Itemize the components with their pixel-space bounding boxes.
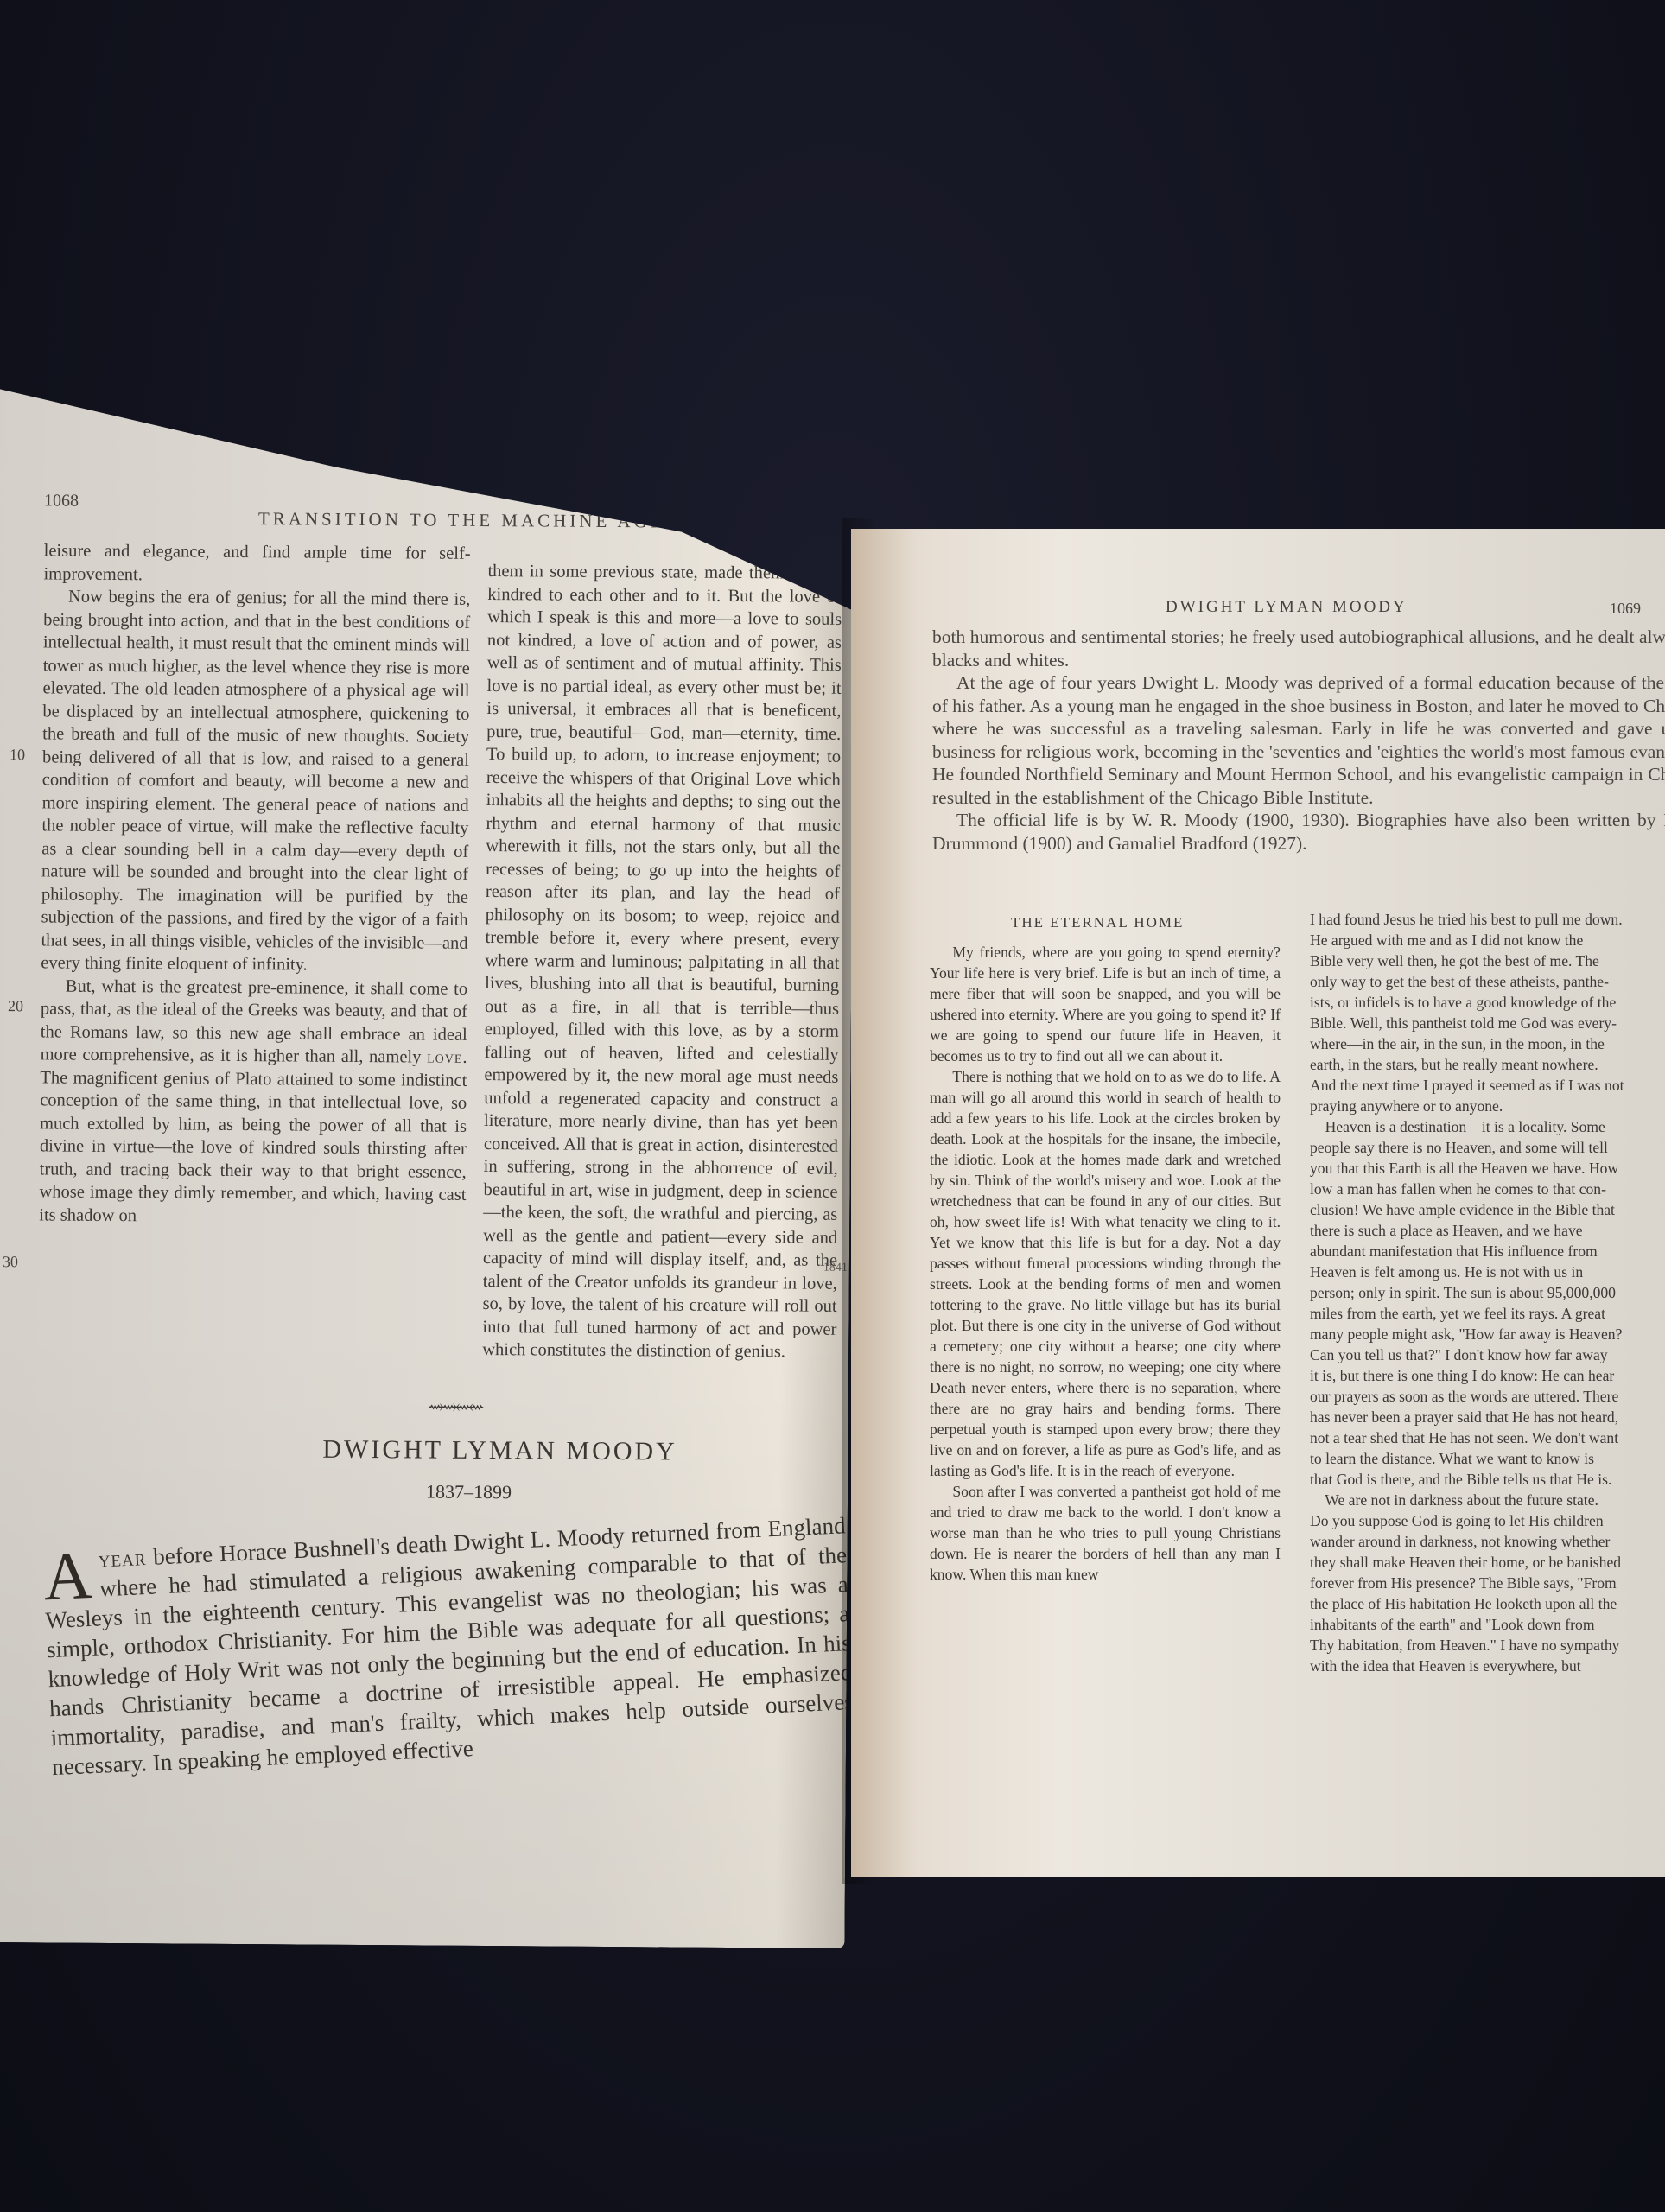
paragraph: The official life is by W. R. Moody (190… <box>932 809 1665 855</box>
small-caps-year: year <box>98 1544 147 1572</box>
text-line: Bible. Well, this pantheist told me God … <box>1310 1013 1665 1033</box>
biography: both humorous and sentimental stories; h… <box>932 626 1665 855</box>
text-line: it is, but there is one thing I do know:… <box>1310 1365 1665 1386</box>
text-line: clusion! We have ample evidence in the B… <box>1310 1199 1665 1220</box>
text-line: Thy habitation, from Heaven." I have no … <box>1310 1635 1665 1656</box>
text-line: person; only in spirit. The sun is about… <box>1310 1282 1665 1303</box>
text-line: the place of His habitation He looketh u… <box>1310 1593 1665 1614</box>
text-line: Bible very well then, he got the best of… <box>1310 950 1665 971</box>
text-line: where—in the air, in the sun, in the moo… <box>1310 1033 1665 1054</box>
text-line: Can you tell us that?" I don't know how … <box>1310 1344 1665 1365</box>
line-number-10: 10 <box>10 746 25 764</box>
drop-cap: A <box>42 1548 93 1604</box>
paragraph: leisure and elegance, and find ample tim… <box>43 539 470 588</box>
text-line: only way to get the best of these atheis… <box>1310 971 1665 992</box>
paragraph: them in some previous state, made them f… <box>482 560 842 1363</box>
small-caps-love: love <box>427 1048 462 1067</box>
paragraph: both humorous and sentimental stories; h… <box>932 626 1665 671</box>
paragraph: Soon after I was converted a pantheist g… <box>930 1481 1281 1585</box>
left-column-1: leisure and elegance, and find ample tim… <box>39 539 471 1229</box>
ornament-divider-icon: ⇝⇝⇜⇜ <box>429 1396 482 1419</box>
text-line: many people might ask, "How far away is … <box>1310 1324 1665 1344</box>
paragraph: My friends, where are you going to spend… <box>930 942 1281 1066</box>
page-number-right: 1069 <box>1610 600 1641 618</box>
page-number-left: 1068 <box>44 491 79 511</box>
section-intro: Ayear before Horace Bushnell's death Dwi… <box>42 1510 855 1782</box>
line-number-20: 20 <box>8 997 23 1015</box>
text-line: there is such a place as Heaven, and we … <box>1310 1220 1665 1241</box>
text-line: they shall make Heaven their home, or be… <box>1310 1552 1665 1573</box>
text-line: He argued with me and as I did not know … <box>1310 930 1665 950</box>
running-head-right: DWIGHT LYMAN MOODY <box>1166 598 1408 617</box>
text-line: ists, or infidels is to have a good know… <box>1310 992 1665 1013</box>
paragraph: But, what is the greatest pre-eminence, … <box>39 975 467 1230</box>
paragraph: Now begins the era of genius; for all th… <box>41 585 470 977</box>
right-column-1: My friends, where are you going to spend… <box>930 942 1281 1585</box>
right-column-2: I had found Jesus he tried his best to p… <box>1310 909 1665 1676</box>
text-line: has never been a prayer said that He has… <box>1310 1407 1665 1427</box>
text-line: praying anywhere or to anyone. <box>1310 1096 1665 1116</box>
text-line: you that this Earth is all the Heaven we… <box>1310 1158 1665 1179</box>
text-line: not a tear shed that He has not seen. We… <box>1310 1427 1665 1448</box>
text-line: people say there is no Heaven, and some … <box>1310 1137 1665 1158</box>
right-page: DWIGHT LYMAN MOODY 1069 both humorous an… <box>851 529 1665 1877</box>
text-line: low a man has fallen when he comes to th… <box>1310 1179 1665 1199</box>
text-line: with the idea that Heaven is everywhere,… <box>1310 1656 1665 1676</box>
left-column-2: them in some previous state, made them f… <box>482 560 842 1363</box>
text-line: I had found Jesus he tried his best to p… <box>1310 909 1665 930</box>
text-line: Do you suppose God is going to let His c… <box>1310 1510 1665 1531</box>
text-line: abundant manifestation that His influenc… <box>1310 1241 1665 1262</box>
running-head-left: TRANSITION TO THE MACHINE AGE <box>258 508 665 532</box>
text-line: earth, in the stars, but he really meant… <box>1310 1054 1665 1075</box>
text-line: Heaven is a destination—it is a locality… <box>1310 1116 1665 1137</box>
section-dates: 1837–1899 <box>426 1481 512 1504</box>
text-line: Heaven is felt among us. He is not with … <box>1310 1262 1665 1282</box>
text-line: And the next time I prayed it seemed as … <box>1310 1075 1665 1096</box>
text-line: that God is there, and the Bible tells u… <box>1310 1469 1665 1490</box>
section-title: DWIGHT LYMAN MOODY <box>322 1435 677 1467</box>
line-number-30: 30 <box>3 1253 18 1271</box>
left-page: 1068 TRANSITION TO THE MACHINE AGE 10 20… <box>0 387 855 1948</box>
text-line: miles from the earth, yet we feel its ra… <box>1310 1303 1665 1324</box>
text-line: to learn the distance. What we want to k… <box>1310 1448 1665 1469</box>
text-line: We are not in darkness about the future … <box>1310 1490 1665 1510</box>
text-line: forever from His presence? The Bible say… <box>1310 1573 1665 1593</box>
text-line: inhabitants of the earth" and "Look down… <box>1310 1614 1665 1635</box>
selection-title: THE ETERNAL HOME <box>1011 914 1184 931</box>
text-line: our prayers as soon as the words are utt… <box>1310 1386 1665 1407</box>
paragraph: At the age of four years Dwight L. Moody… <box>932 671 1665 809</box>
text-line: wander around in darkness, not knowing w… <box>1310 1531 1665 1552</box>
paragraph: There is nothing that we hold on to as w… <box>930 1066 1281 1481</box>
